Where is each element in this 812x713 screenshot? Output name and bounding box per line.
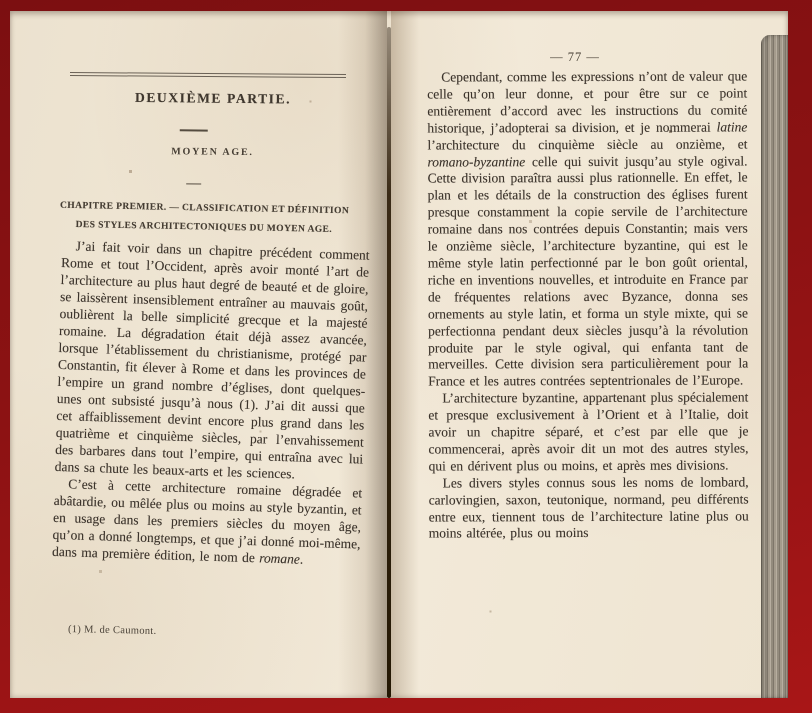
paragraph: C’est à cette architecture romaine dégra…	[52, 475, 363, 570]
paragraph: Les divers styles connus sous les noms d…	[429, 474, 749, 543]
header-double-rule	[70, 72, 346, 78]
gutter-shadow-right	[391, 11, 419, 698]
paragraph-text: Cependant, comme les expressions n’ont d…	[427, 68, 747, 135]
paragraph: J’ai fait voir dans un chapitre précéden…	[55, 237, 370, 485]
page-right: — 77 — Cependant, comme les expressions …	[428, 11, 752, 698]
ornament-rule	[180, 129, 208, 131]
paragraph-text: .	[300, 552, 304, 567]
paragraph-text: celle qui suivit jusqu’au style ogival. …	[428, 153, 749, 389]
page-number: — 77 —	[428, 50, 752, 65]
paper-speckles	[10, 11, 11, 12]
paragraph: L’architecture byzantine, appartenant pl…	[428, 390, 748, 476]
chapter-heading: CHAPITRE PREMIER. — CLASSIFICATION ET DÉ…	[59, 197, 366, 241]
left-page-headings: DEUXIÈME PARTIE. MOYEN AGE. CHAPITRE PRE…	[56, 11, 372, 14]
paragraph: Cependant, comme les expressions n’ont d…	[427, 68, 748, 390]
paragraph-text: C’est à cette architecture romaine dégra…	[52, 476, 362, 565]
section-title: MOYEN AGE.	[54, 145, 370, 159]
italic-term: romano-byzantine	[427, 154, 525, 169]
ornament-dash	[186, 183, 201, 184]
right-page-body: Cependant, comme les expressions n’ont d…	[427, 68, 749, 542]
italic-term: romane	[259, 550, 300, 566]
footnote: (1) M. de Caumont.	[68, 624, 157, 637]
page-left: DEUXIÈME PARTIE. MOYEN AGE. CHAPITRE PRE…	[56, 11, 372, 698]
book-fore-edge	[761, 35, 788, 698]
paragraph-text: l’architecture du cinquième siècle au on…	[427, 136, 747, 152]
italic-term: latine	[717, 119, 748, 134]
part-title: DEUXIÈME PARTIE.	[55, 89, 371, 108]
left-page-body: J’ai fait voir dans un chapitre précéden…	[52, 237, 370, 570]
book-page-spread: DEUXIÈME PARTIE. MOYEN AGE. CHAPITRE PRE…	[10, 11, 788, 698]
book-scan-frame: DEUXIÈME PARTIE. MOYEN AGE. CHAPITRE PRE…	[0, 0, 812, 713]
